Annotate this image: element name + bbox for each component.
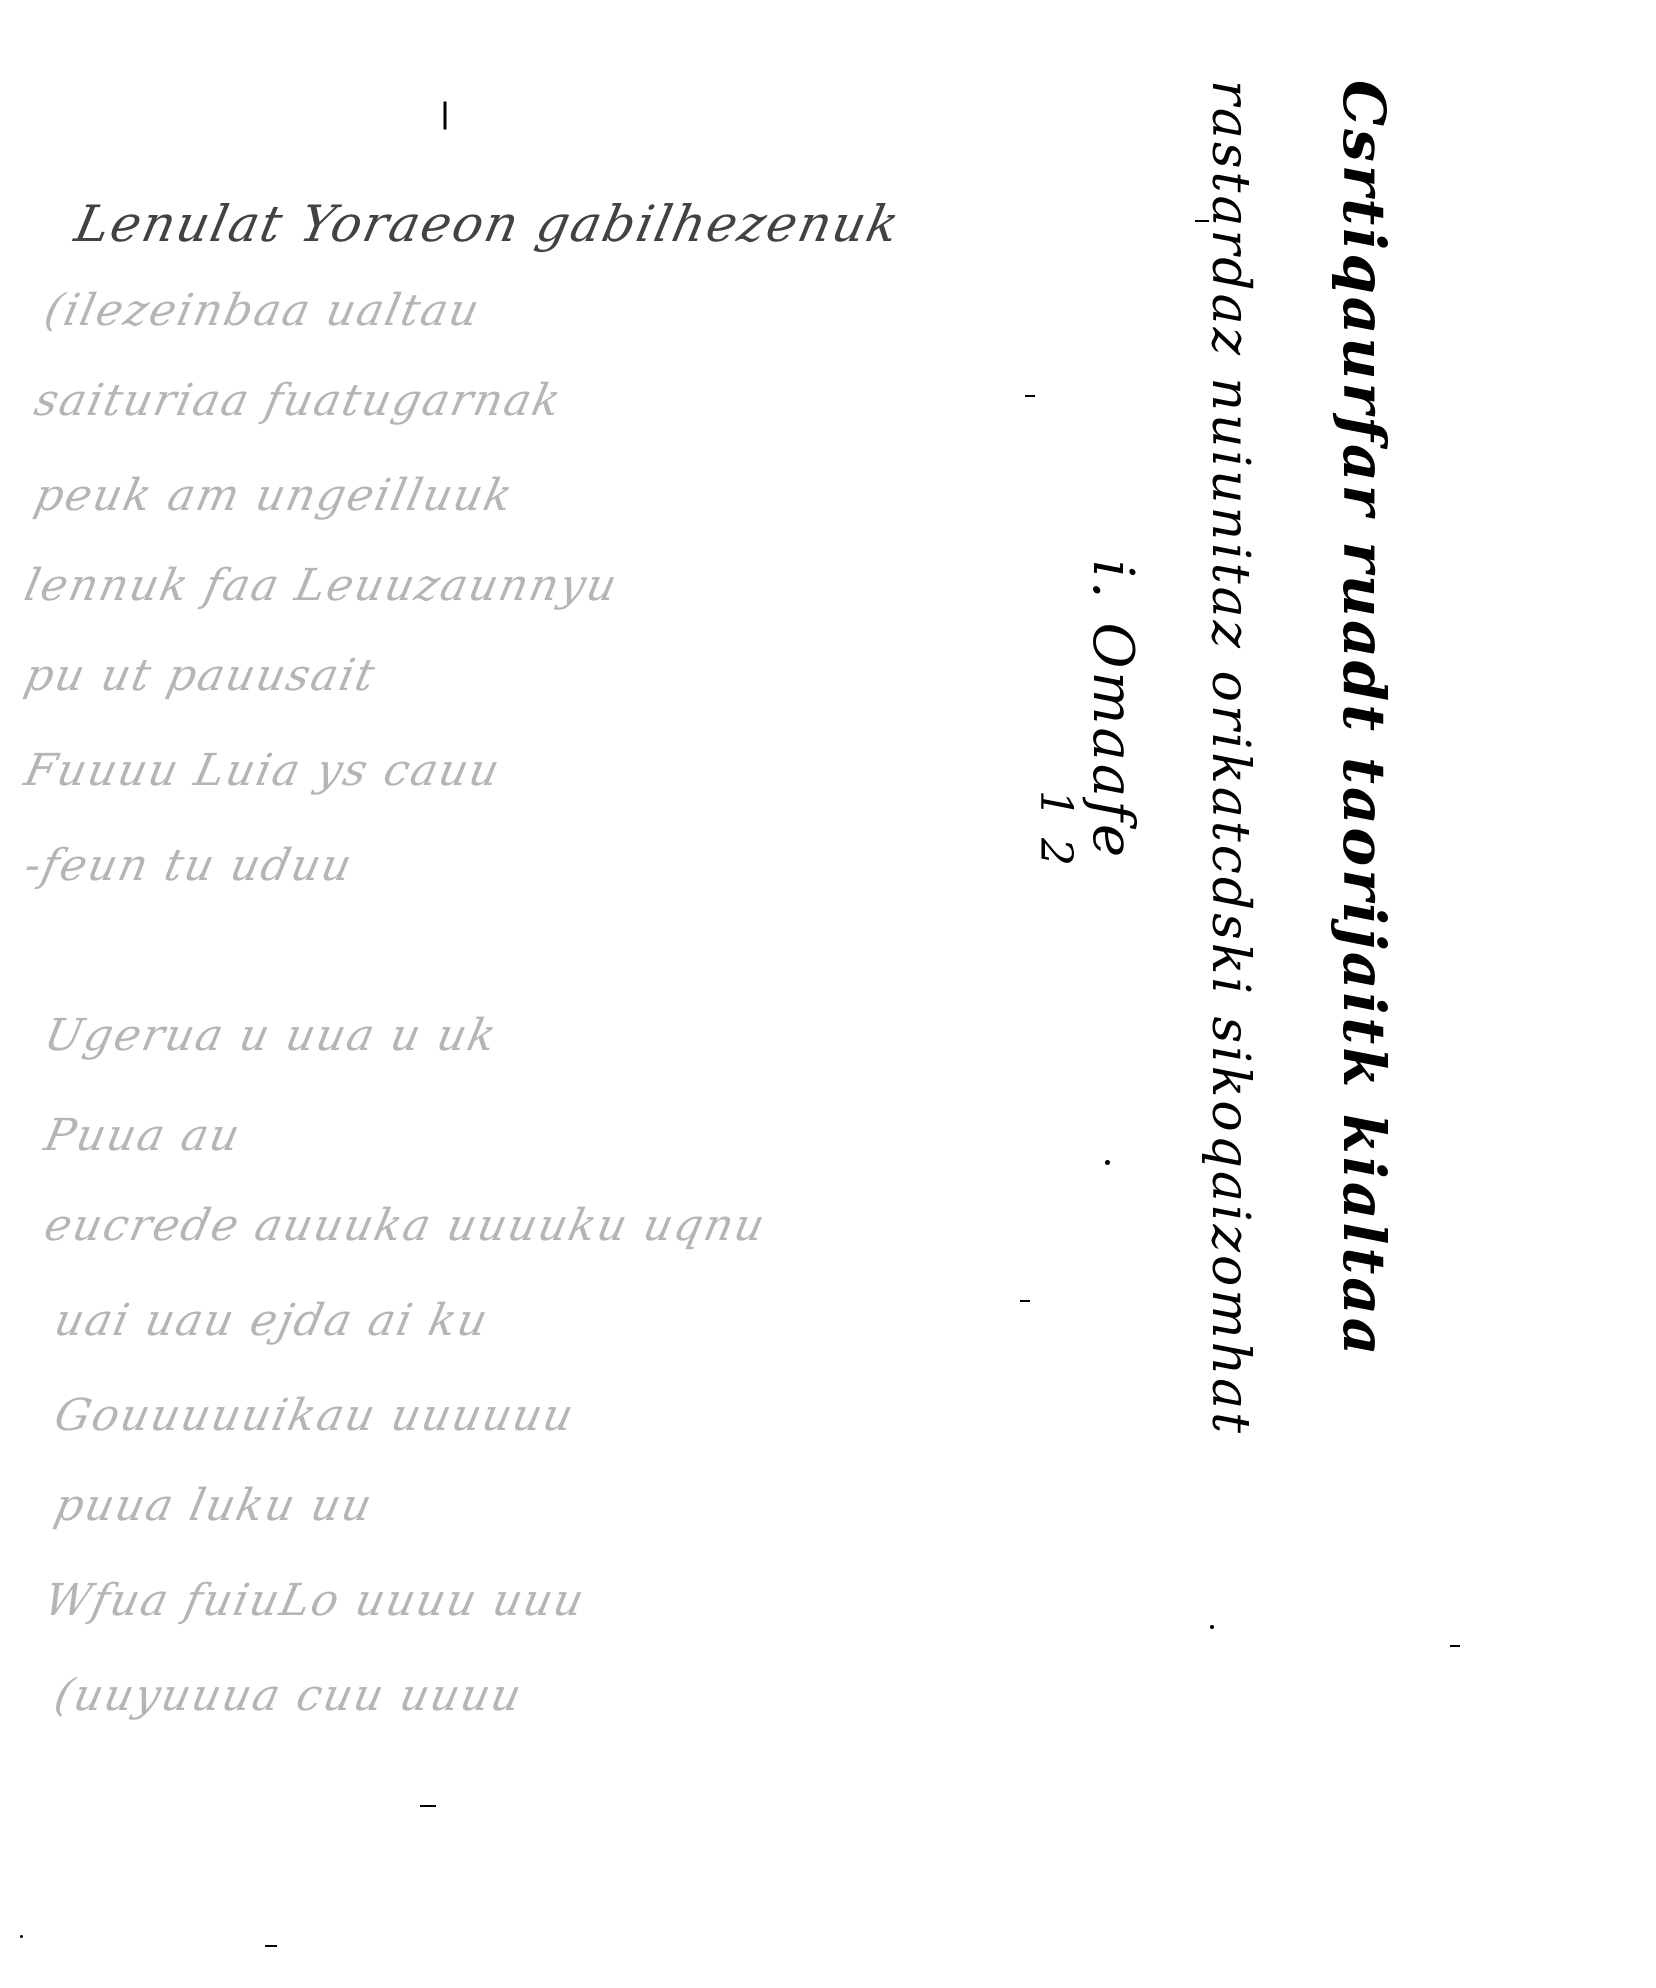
manuscript-page: Lenulat Yoraeon gabilhezenuk (ilezeinbaa… <box>0 0 1656 1988</box>
ink-speck <box>20 1935 23 1938</box>
handwritten-line: uai uau ejda ai ku <box>50 1295 494 1346</box>
scan-mark <box>1195 220 1209 222</box>
handwritten-line: Ugerua u uua u uk <box>40 1010 502 1061</box>
scan-mark <box>1025 395 1035 397</box>
vertical-text-column-2: rastardaz nuiunitaz orikatcdski sikoqaiz… <box>1200 80 1260 1436</box>
handwritten-line: eucrede auuuka uuuuku uqnu <box>40 1200 771 1251</box>
scan-mark <box>444 102 447 130</box>
handwritten-line: (ilezeinbaa ualtau <box>40 285 485 336</box>
scan-mark <box>265 1945 277 1947</box>
handwritten-line: lennuk faa Leuuzaunnyu <box>20 560 623 611</box>
handwritten-line: Fuuuu Luia ys cauu <box>20 745 506 796</box>
signature-mark: 1 2 <box>1030 790 1081 869</box>
signature: i. Omaafe <box>1080 560 1145 860</box>
ink-speck <box>1105 1160 1110 1165</box>
handwritten-line: saituriaa fuatugarnak <box>30 375 567 426</box>
handwritten-line: pu ut pauusait <box>20 650 381 701</box>
handwritten-line: Wfua fuiuLo uuuu uuu <box>40 1575 590 1626</box>
handwritten-line: Gouuuuuikau uuuuuu <box>50 1390 579 1441</box>
scan-mark <box>1020 1300 1030 1302</box>
handwritten-line: puua luku uu <box>50 1480 378 1531</box>
handwritten-line: Lenulat Yoraeon gabilhezenuk <box>70 195 906 253</box>
scan-mark <box>420 1805 436 1807</box>
ink-speck <box>1210 1625 1214 1629</box>
vertical-text-column-1: Csrtiqaurfar ruadt taorijaitk kialtaa <box>1330 80 1398 1358</box>
handwritten-line: Puua au <box>40 1110 246 1161</box>
scan-mark <box>1450 1645 1460 1647</box>
handwritten-line: -feun tu uduu <box>20 840 358 891</box>
handwritten-line: peuk am ungeilluuk <box>30 470 518 521</box>
handwritten-line: (uuyuuua cuu uuuu <box>50 1670 527 1721</box>
